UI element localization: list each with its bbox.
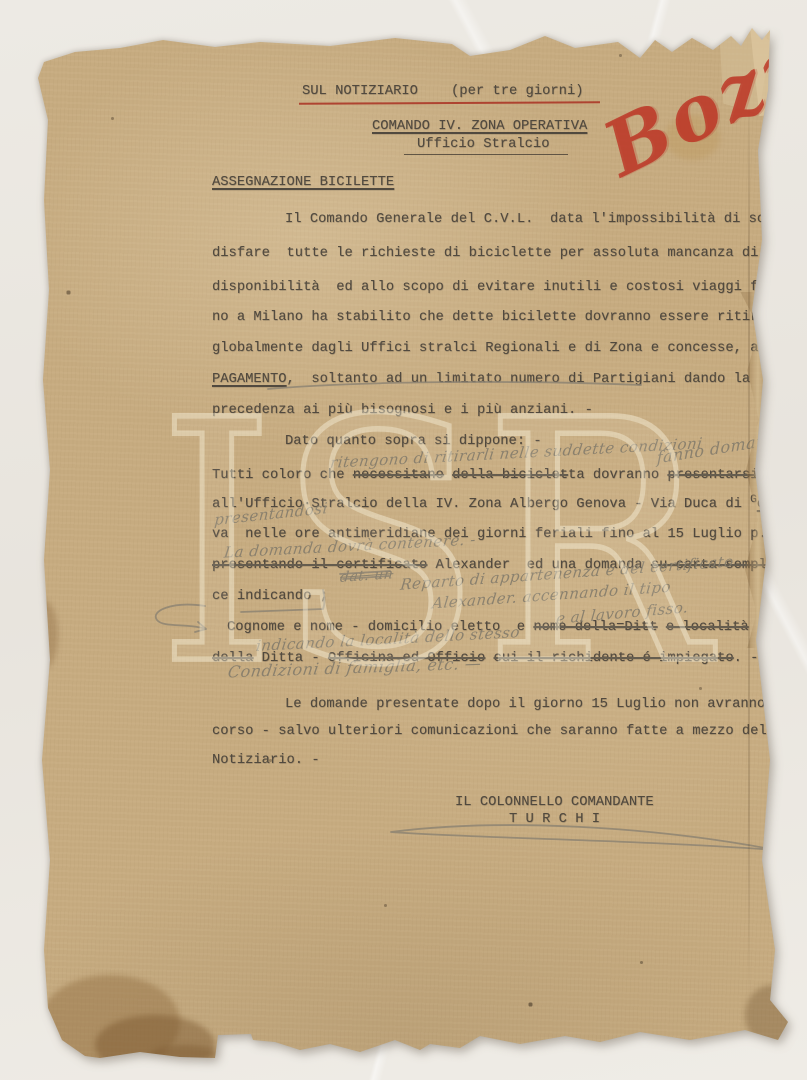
typed-line: precedenza ai più bisognosi e i più anzi… (212, 403, 593, 418)
typed-line: Ufficio Stralcio (417, 137, 549, 152)
typed-line: T U R C H I (509, 812, 600, 827)
bozza-draft-stamp: Bozza (590, 0, 807, 194)
scan-background: SUL NOTIZIARIO (per tre giorni)COMANDO I… (0, 0, 807, 1080)
stain-left-edge (28, 600, 58, 670)
paper-specks (0, 0, 1, 1)
typed-line: globalmente dagli Uffici stralci Regiona… (212, 341, 758, 356)
stain-bottom-edge (150, 1045, 220, 1067)
paper-shadow-wrap: SUL NOTIZIARIO (per tre giorni)COMANDO I… (0, 0, 807, 1080)
office-underline (404, 154, 568, 155)
title-red-underline (299, 101, 600, 105)
pencil-note: dat. un (339, 566, 394, 586)
typed-line: SUL NOTIZIARIO (per tre giorni) (302, 84, 584, 99)
typed-line: disfare tutte le richieste di biciclette… (212, 246, 758, 261)
pencil-note: fanno domanda (657, 428, 788, 468)
typed-line: Tutti coloro che necessitano della bicic… (212, 468, 758, 483)
typed-line: corso - salvo ulteriori comunicazioni ch… (212, 724, 767, 739)
typed-line: ce indicando ; (212, 589, 328, 604)
document-paper: SUL NOTIZIARIO (per tre giorni)COMANDO I… (0, 0, 807, 1080)
typed-line: COMANDO IV. ZONA OPERATIVA (372, 119, 587, 134)
signature-flourish (391, 825, 776, 850)
typed-line: PAGAMENTO, soltanto ad un limitato numer… (212, 372, 750, 387)
typed-line: disponibilità ed allo scopo di evitare i… (212, 280, 775, 295)
typed-line: Le domande presentate dopo il giorno 15 … (285, 697, 782, 712)
typed-line: Il Comando Generale del C.V.L. data l'im… (285, 212, 782, 227)
typed-line: IL COLONNELLO COMANDANTE (455, 795, 654, 810)
typed-line: ASSEGNAZIONE BICILETTE (212, 175, 394, 190)
typed-line: Notiziario. - (212, 753, 320, 768)
stain-bottom-right (745, 985, 800, 1045)
pencil-margin-arrow (156, 605, 206, 632)
typed-line: no a Milano ha stabilito che dette bicil… (212, 310, 783, 325)
right-edge-crease (748, 80, 750, 1000)
punch-hole (80, 13, 96, 27)
